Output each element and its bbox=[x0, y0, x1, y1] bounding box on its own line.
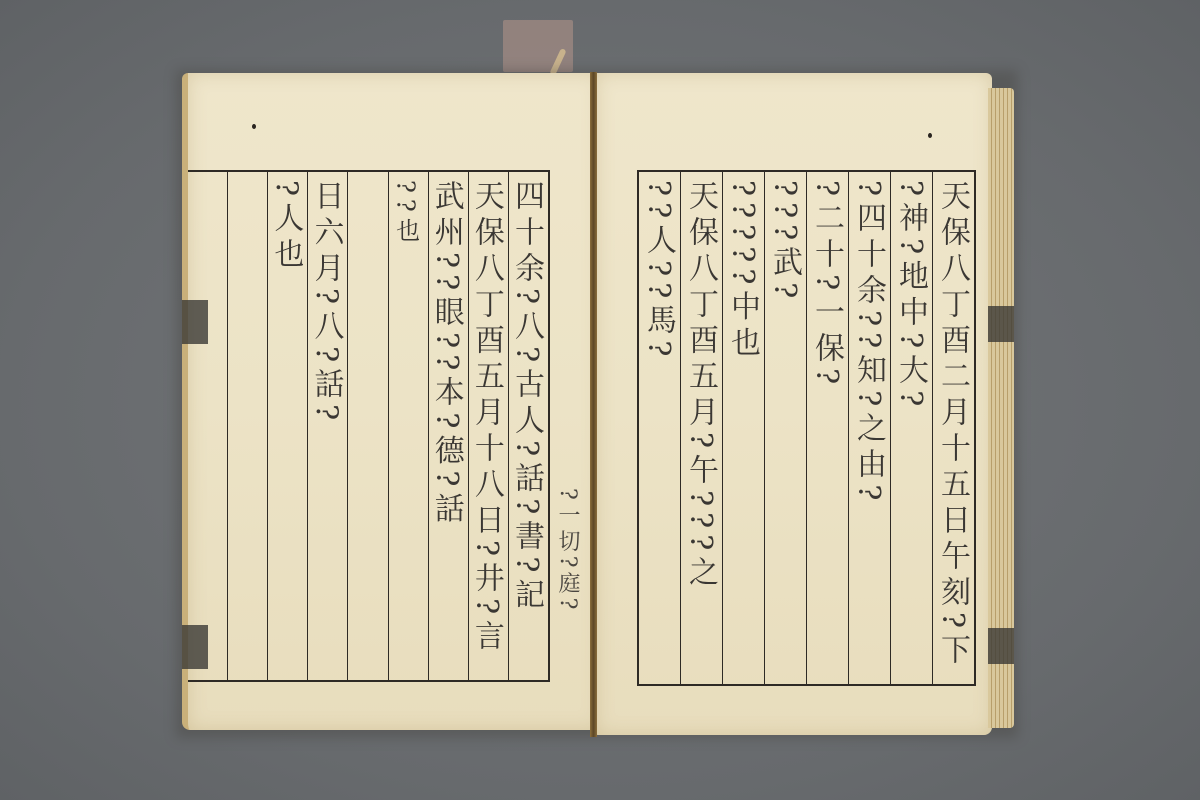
text-column: ?四十余??知?之由? bbox=[848, 172, 890, 684]
text-column: 天保八丁酉五月十八日?井?言 bbox=[468, 172, 508, 680]
text-column: 武州??眼??本?德?話 bbox=[428, 172, 468, 680]
text-column: 天保八丁酉二月十五日午刻?下 bbox=[932, 172, 974, 684]
library-tag bbox=[503, 20, 573, 72]
text-column bbox=[347, 172, 387, 680]
text-column: ??也 bbox=[388, 172, 428, 680]
book-spine bbox=[590, 72, 597, 737]
ink-dot bbox=[252, 124, 256, 129]
text-column: 日六月?八?話? bbox=[307, 172, 347, 680]
text-column: 天保八丁酉五月?午???之 bbox=[680, 172, 722, 684]
text-column: ?????中也 bbox=[722, 172, 764, 684]
edge-ink-mark bbox=[988, 628, 1014, 664]
text-column bbox=[227, 172, 267, 680]
margin-annotation: ?一切?庭? bbox=[552, 488, 583, 613]
text-column bbox=[188, 172, 227, 680]
left-page-ruled-frame: 四十余?八?古人?話?書?記 天保八丁酉五月十八日?井?言 武州??眼??本?德… bbox=[188, 170, 550, 682]
page-edges-stack bbox=[988, 88, 1014, 728]
right-page-ruled-frame: 天保八丁酉二月十五日午刻?下 ?神?地中?大? ?四十余??知?之由? ?二十?… bbox=[637, 170, 976, 686]
text-column: ?人也 bbox=[267, 172, 307, 680]
text-column: ?神?地中?大? bbox=[890, 172, 932, 684]
text-column: ??人??馬? bbox=[639, 172, 680, 684]
text-column: ?二十?一保? bbox=[806, 172, 848, 684]
edge-ink-mark bbox=[988, 306, 1014, 342]
ink-dot bbox=[928, 133, 932, 138]
text-column: ???武? bbox=[764, 172, 806, 684]
text-column: 四十余?八?古人?話?書?記 bbox=[508, 172, 548, 680]
